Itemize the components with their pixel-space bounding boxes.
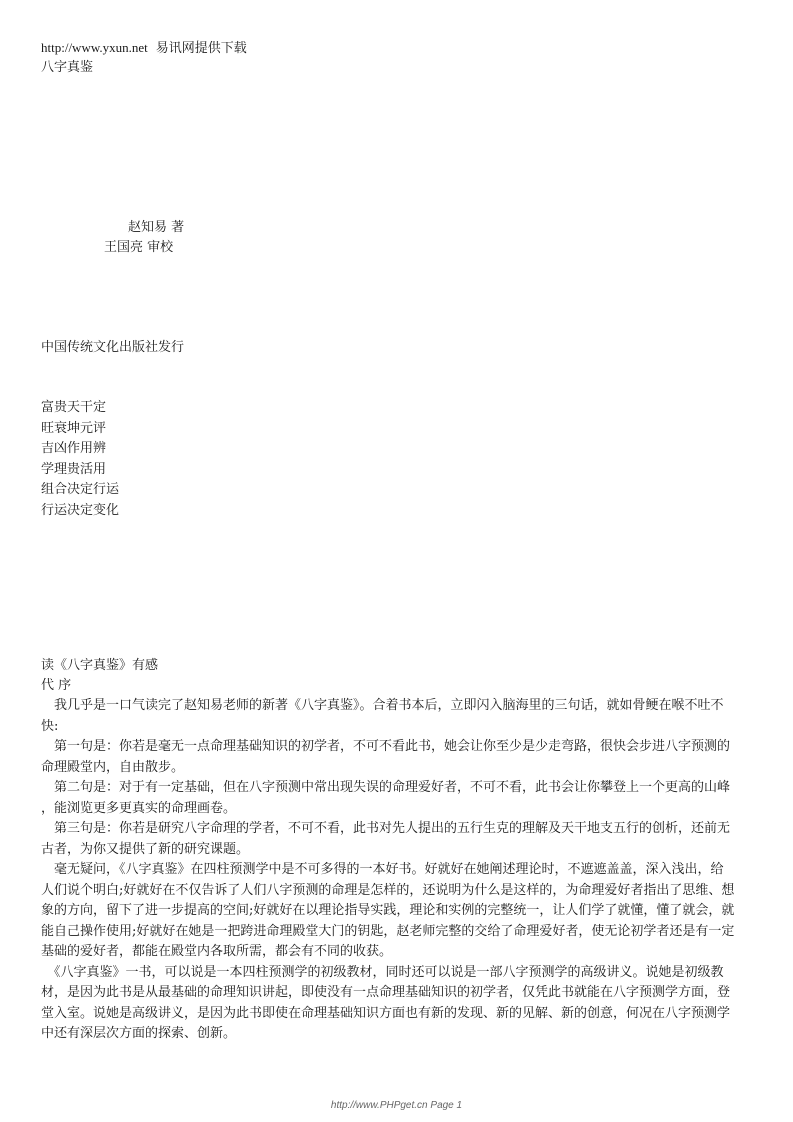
motto-item: 组合决定行运 — [41, 480, 119, 501]
motto-list: 富贵天干定 旺衰坤元评 吉凶作用辨 学理贵活用 组合决定行运 行运决定变化 — [41, 398, 119, 521]
preface-line: 人们说个明白;好就好在不仅告诉了人们八字预测的命理是怎样的，还说明为什么是这样的… — [41, 881, 753, 902]
motto-item: 吉凶作用辨 — [41, 439, 119, 460]
motto-item: 行运决定变化 — [41, 501, 119, 522]
preface-line: 第三句是：你若是研究八字命理的学者，不可不看，此书对先人提出的五行生克的理解及天… — [41, 819, 753, 840]
download-source-line: http://www.yxun.net易讯网提供下载 — [41, 38, 247, 59]
preface-line: ，能浏览更多更真实的命理画卷。 — [41, 799, 753, 820]
motto-item: 旺衰坤元评 — [41, 419, 119, 440]
preface-title: 读《八字真鉴》有感 — [41, 656, 158, 676]
preface-line: 第一句是：你若是毫无一点命理基础知识的初学者，不可不看此书，她会让你至少是少走弯… — [41, 737, 753, 758]
preface-line: 命理殿堂内，自由散步。 — [41, 758, 753, 779]
preface-line: 象的方向，留下了进一步提高的空间;好就好在以理论指导实践，理论和实例的完整统一，… — [41, 901, 753, 922]
source-url[interactable]: http://www.yxun.net — [41, 40, 148, 55]
preface-line: 第二句是：对于有一定基础，但在八字预测中常出现失误的命理爱好者，不可不看，此书会… — [41, 778, 753, 799]
preface-line: 快: — [41, 717, 753, 738]
page-footer: http://www.PHPget.cn Page 1 — [0, 1100, 793, 1111]
preface-subtitle: 代 序 — [41, 676, 71, 696]
source-site-label: 易讯网提供下载 — [156, 41, 247, 56]
preface-line: 能自己操作使用;好就好在她是一把跨进命理殿堂大门的钥匙，赵老师完整的交给了命理爱… — [41, 922, 753, 943]
preface-line: 古者，为你又提供了新的研究课题。 — [41, 840, 753, 861]
publisher-line: 中国传统文化出版社发行 — [41, 338, 184, 358]
preface-line: 毫无疑问，《八字真鉴》在四柱预测学中是不可多得的一本好书。好就好在她阐述理论时，… — [41, 860, 753, 881]
preface-body: 我几乎是一口气读完了赵知易老师的新著《八字真鉴》。合着书本后，立即闪入脑海里的三… — [41, 696, 753, 1045]
preface-line: 材，是因为此书是从最基础的命理知识讲起，即使没有一点命理基础知识的初学者，仅凭此… — [41, 983, 753, 1004]
motto-item: 富贵天干定 — [41, 398, 119, 419]
preface-line: 中还有深层次方面的探索、创新。 — [41, 1024, 753, 1045]
motto-item: 学理贵活用 — [41, 460, 119, 481]
book-title: 八字真鉴 — [41, 58, 93, 78]
preface-line: 《八字真鉴》一书，可以说是一本四柱预测学的初级教材，同时还可以说是一部八字预测学… — [41, 963, 753, 984]
preface-line: 我几乎是一口气读完了赵知易老师的新著《八字真鉴》。合着书本后，立即闪入脑海里的三… — [41, 696, 753, 717]
preface-line: 堂入室。说她是高级讲义，是因为此书即使在命理基础知识方面也有新的发现、新的见解、… — [41, 1004, 753, 1025]
author-credit: 赵知易 著 — [128, 218, 184, 238]
proofreader-credit: 王国亮 审校 — [104, 238, 173, 258]
preface-line: 基础的爱好者，都能在殿堂内各取所需，都会有不同的收获。 — [41, 942, 753, 963]
